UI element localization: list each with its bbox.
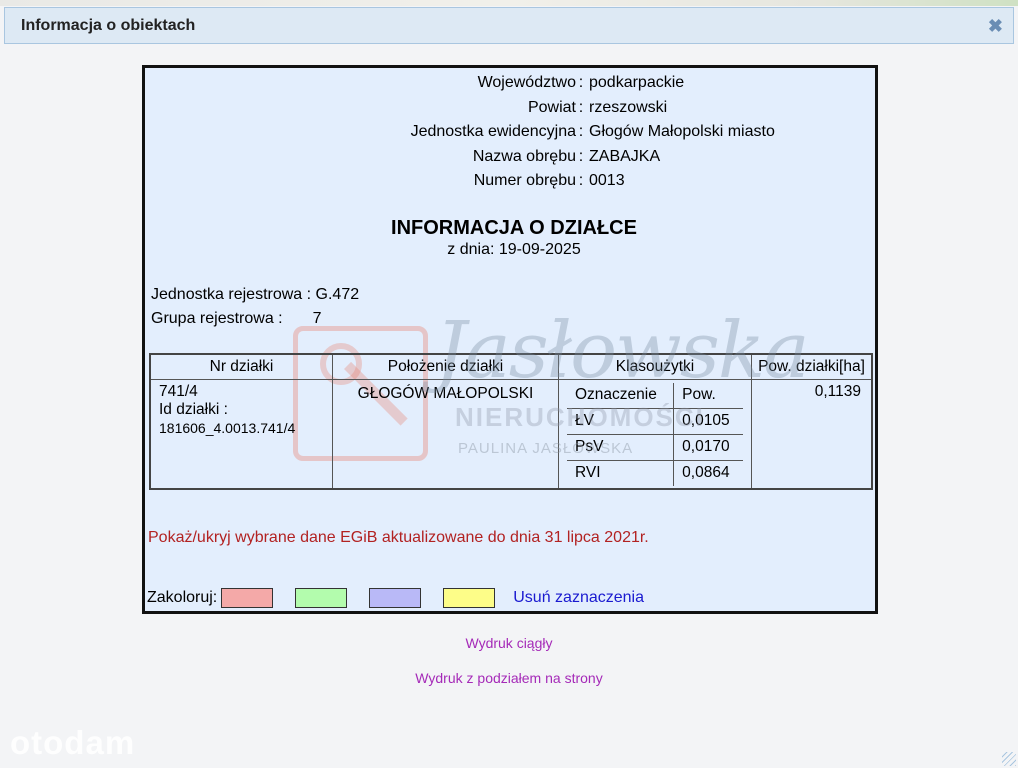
- site-watermark-logo: otodam: [10, 724, 135, 762]
- location-header: Województwo:podkarpackie Powiat:rzeszows…: [145, 74, 875, 197]
- print-paged-link[interactable]: Wydruk z podziałem na strony: [0, 670, 1018, 686]
- registry-group-value: 7: [313, 310, 322, 328]
- document-date: z dnia: 19-09-2025: [145, 241, 875, 259]
- colorize-bar: Zakoloruj: Usuń zaznaczenia: [147, 588, 644, 608]
- resize-handle-icon[interactable]: [1002, 752, 1016, 766]
- clear-selection-link[interactable]: Usuń zaznaczenia: [513, 589, 644, 607]
- land-use-header-code: Oznaczenie: [567, 383, 674, 409]
- table-row: 741/4 Id działki : 181606_4.0013.741/4 G…: [150, 380, 872, 490]
- parcel-number-cell: 741/4 Id działki : 181606_4.0013.741/4: [150, 380, 333, 490]
- land-use-row: PsV 0,0170: [567, 435, 743, 461]
- col-header-area: Pow. działki[ha]: [752, 354, 873, 380]
- location-cell: GŁOGÓW MAŁOPOLSKI: [333, 380, 559, 490]
- land-use-header-area: Pow.: [674, 383, 743, 409]
- dialog-titlebar: Informacja o obiektach ✖: [4, 7, 1014, 44]
- header-row-precinct-name: Nazwa obrębu:ZABAJKA: [145, 148, 875, 173]
- header-row-precinct-number: Numer obrębu:0013: [145, 172, 875, 197]
- parcel-table: Nr działki Położenie działki Klasoużytki…: [149, 353, 873, 490]
- land-use-area: 0,0105: [674, 409, 743, 435]
- land-use-area: 0,0170: [674, 435, 743, 461]
- egib-toggle-link[interactable]: Pokaż/ukryj wybrane dane EGiB aktualizow…: [148, 529, 649, 547]
- field-label: Powiat: [145, 99, 576, 124]
- registry-group-label: Grupa rejestrowa :: [151, 310, 283, 327]
- color-swatch-yellow[interactable]: [443, 588, 495, 608]
- header-row-county: Powiat:rzeszowski: [145, 99, 875, 124]
- col-header-parcel-number: Nr działki: [150, 354, 333, 380]
- colorize-label: Zakoloruj:: [147, 589, 217, 607]
- registry-unit-value: G.472: [316, 286, 360, 303]
- parcel-id-label: Id działki :: [159, 401, 324, 419]
- registry-group: Grupa rejestrowa :7: [151, 310, 322, 328]
- field-value: rzeszowski: [586, 99, 667, 124]
- document-title: INFORMACJA O DZIAŁCE: [145, 217, 875, 240]
- field-value: 0013: [586, 172, 625, 197]
- color-swatch-green[interactable]: [295, 588, 347, 608]
- color-swatch-red[interactable]: [221, 588, 273, 608]
- field-value: podkarpackie: [586, 74, 684, 99]
- field-value: ZABAJKA: [586, 148, 660, 173]
- header-row-voivodeship: Województwo:podkarpackie: [145, 74, 875, 99]
- col-header-land-use: Klasoużytki: [559, 354, 752, 380]
- header-row-unit: Jednostka ewidencyjna:Głogów Małopolski …: [145, 123, 875, 148]
- field-value: Głogów Małopolski miasto: [586, 123, 775, 148]
- field-label: Numer obrębu: [145, 172, 576, 197]
- parcel-number: 741/4: [159, 383, 324, 401]
- print-continuous-link[interactable]: Wydruk ciągły: [0, 635, 1018, 651]
- field-label: Województwo: [145, 74, 576, 99]
- land-use-area: 0,0864: [674, 461, 743, 487]
- field-label: Jednostka ewidencyjna: [145, 123, 576, 148]
- close-icon[interactable]: ✖: [988, 16, 1003, 36]
- parcel-id: 181606_4.0013.741/4: [159, 419, 324, 437]
- color-swatch-blue[interactable]: [369, 588, 421, 608]
- registry-unit-label: Jednostka rejestrowa :: [151, 286, 311, 303]
- land-use-row: ŁV 0,0105: [567, 409, 743, 435]
- background-map-strip: [0, 0, 1018, 6]
- registry-unit: Jednostka rejestrowa : G.472: [151, 286, 359, 304]
- land-use-code: RVI: [567, 461, 674, 487]
- dialog-title: Informacja o obiektach: [21, 17, 195, 35]
- land-use-table: Oznaczenie Pow. ŁV 0,0105 PsV 0,0170 R: [567, 383, 743, 486]
- land-use-row: RVI 0,0864: [567, 461, 743, 487]
- land-use-code: ŁV: [567, 409, 674, 435]
- total-area-cell: 0,1139: [752, 380, 873, 490]
- parcel-info-panel: Województwo:podkarpackie Powiat:rzeszows…: [142, 65, 878, 614]
- land-use-code: PsV: [567, 435, 674, 461]
- col-header-location: Położenie działki: [333, 354, 559, 380]
- field-label: Nazwa obrębu: [145, 148, 576, 173]
- land-use-cell: Oznaczenie Pow. ŁV 0,0105 PsV 0,0170 R: [559, 380, 752, 490]
